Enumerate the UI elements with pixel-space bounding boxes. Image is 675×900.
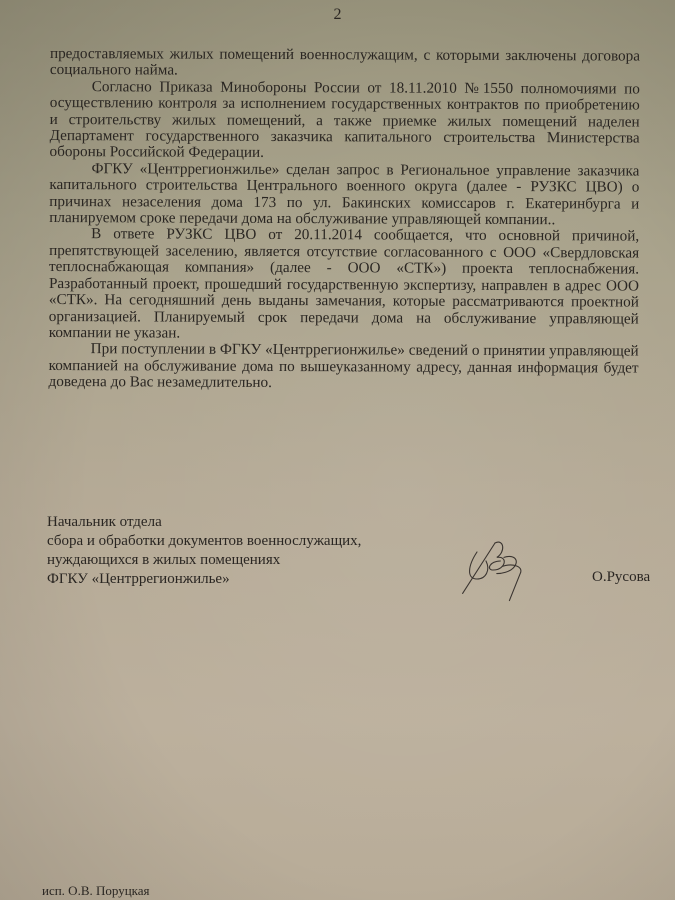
signer-name: О.Русова xyxy=(592,569,650,586)
signature-block: Начальник отдела сбора и обработки докум… xyxy=(47,513,361,589)
paragraph-response: В ответе РУЗКС ЦВО от 20.11.2014 сообщае… xyxy=(49,226,639,343)
paragraph-continuation: предоставляемых жилых помещений военносл… xyxy=(50,46,640,81)
signer-title-line-2: сбора и обработки документов военнослужа… xyxy=(47,532,361,551)
signer-title-line-1: Начальник отдела xyxy=(47,513,361,532)
signer-title-line-4: ФГКУ «Центррегионжилье» xyxy=(47,570,361,589)
page-number: 2 xyxy=(0,6,675,24)
paragraph-request: ФГКУ «Центррегионжилье» сделан запрос в … xyxy=(49,161,639,229)
paragraph-order-reference: Согласно Приказа Минобороны России от 18… xyxy=(49,79,639,164)
paragraph-closing: При поступлении в ФГКУ «Центррегионжилье… xyxy=(48,341,638,393)
letter-body: предоставляемых жилых помещений военносл… xyxy=(48,46,639,393)
signer-title-line-3: нуждающихся в жилых помещениях xyxy=(47,551,361,570)
executor-note: исп. О.В. Поруцкая xyxy=(42,883,150,899)
handwritten-signature-icon xyxy=(450,530,540,610)
